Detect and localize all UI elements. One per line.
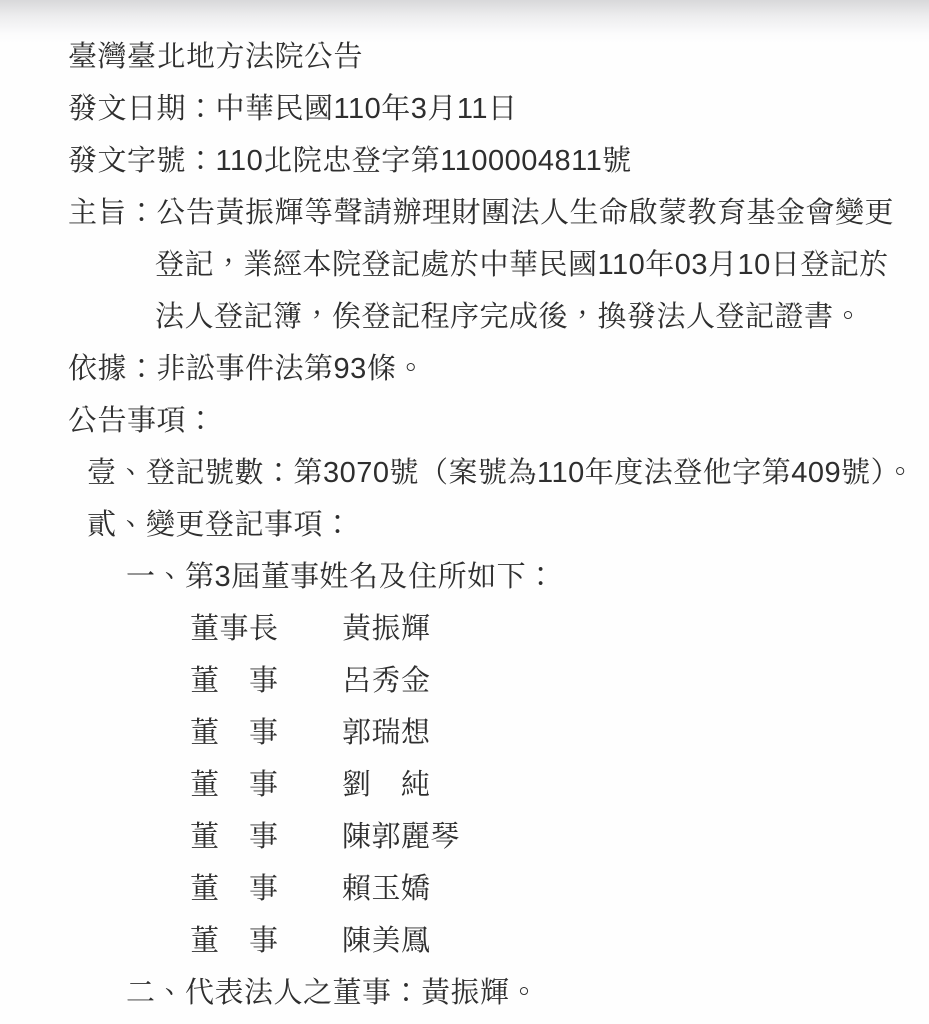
subject-text-1: 公告黃振輝等聲請辦理財團法人生命啟蒙教育基金會變更 (157, 197, 895, 229)
director-title: 董 事 (190, 759, 342, 811)
issue-date-value: 中華民國110年3月11日 (216, 93, 518, 125)
director-row: 董 事賴玉嬌 (0, 863, 929, 915)
document-body: 臺灣臺北地方法院公告 發文日期：中華民國110年3月11日 發文字號：110北院… (0, 0, 929, 1019)
director-row: 董 事郭瑞想 (0, 707, 929, 759)
subject-line-3: 法人登記簿，俟登記程序完成後，換發法人登記證書。 (0, 291, 929, 343)
basis-line: 依據：非訟事件法第93條。 (0, 343, 929, 395)
court-announcement-document: 臺灣臺北地方法院公告 發文日期：中華民國110年3月11日 發文字號：110北院… (0, 0, 929, 1024)
director-title: 董 事 (190, 655, 342, 707)
announcement-items-heading: 公告事項： (0, 395, 929, 447)
director-name: 黃振輝 (342, 613, 431, 645)
basis-label: 依據： (68, 353, 157, 385)
director-name: 賴玉嬌 (342, 873, 431, 905)
director-title: 董 事 (190, 915, 342, 967)
basis-value: 非訟事件法第93條。 (157, 353, 426, 385)
subject-label: 主旨： (68, 197, 157, 229)
director-name: 陳郭麗琴 (342, 821, 460, 853)
director-name: 呂秀金 (342, 665, 431, 697)
doc-number-line: 發文字號：110北院忠登字第1100004811號 (0, 135, 929, 187)
doc-number-value: 110北院忠登字第1100004811號 (216, 145, 632, 177)
subject-line-2: 登記，業經本院登記處於中華民國110年03月10日登記於 (0, 239, 929, 291)
doc-number-label: 發文字號： (68, 145, 216, 177)
director-name: 陳美鳳 (342, 925, 431, 957)
document-title: 臺灣臺北地方法院公告 (0, 31, 929, 83)
director-row: 董 事陳郭麗琴 (0, 811, 929, 863)
director-title: 董 事 (190, 811, 342, 863)
director-row: 董 事陳美鳳 (0, 915, 929, 967)
director-title: 董 事 (190, 863, 342, 915)
director-title: 董事長 (190, 603, 342, 655)
subject-line-1: 主旨：公告黃振輝等聲請辦理財團法人生命啟蒙教育基金會變更 (0, 187, 929, 239)
director-row: 董 事劉 純 (0, 759, 929, 811)
director-name: 劉 純 (342, 769, 431, 801)
sub-item-representative: 二、代表法人之董事：黃振輝。 (0, 967, 929, 1019)
director-name: 郭瑞想 (342, 717, 431, 749)
director-row: 董 事呂秀金 (0, 655, 929, 707)
sub-item-directors-heading: 一、第3屆董事姓名及住所如下： (0, 551, 929, 603)
issue-date-label: 發文日期： (68, 93, 216, 125)
issue-date-line: 發文日期：中華民國110年3月11日 (0, 83, 929, 135)
item-change-heading: 貳、變更登記事項： (0, 499, 929, 551)
item-registration-number: 壹、登記號數：第3070號（案號為110年度法登他字第409號）。 (0, 447, 929, 499)
director-row: 董事長黃振輝 (0, 603, 929, 655)
director-title: 董 事 (190, 707, 342, 759)
